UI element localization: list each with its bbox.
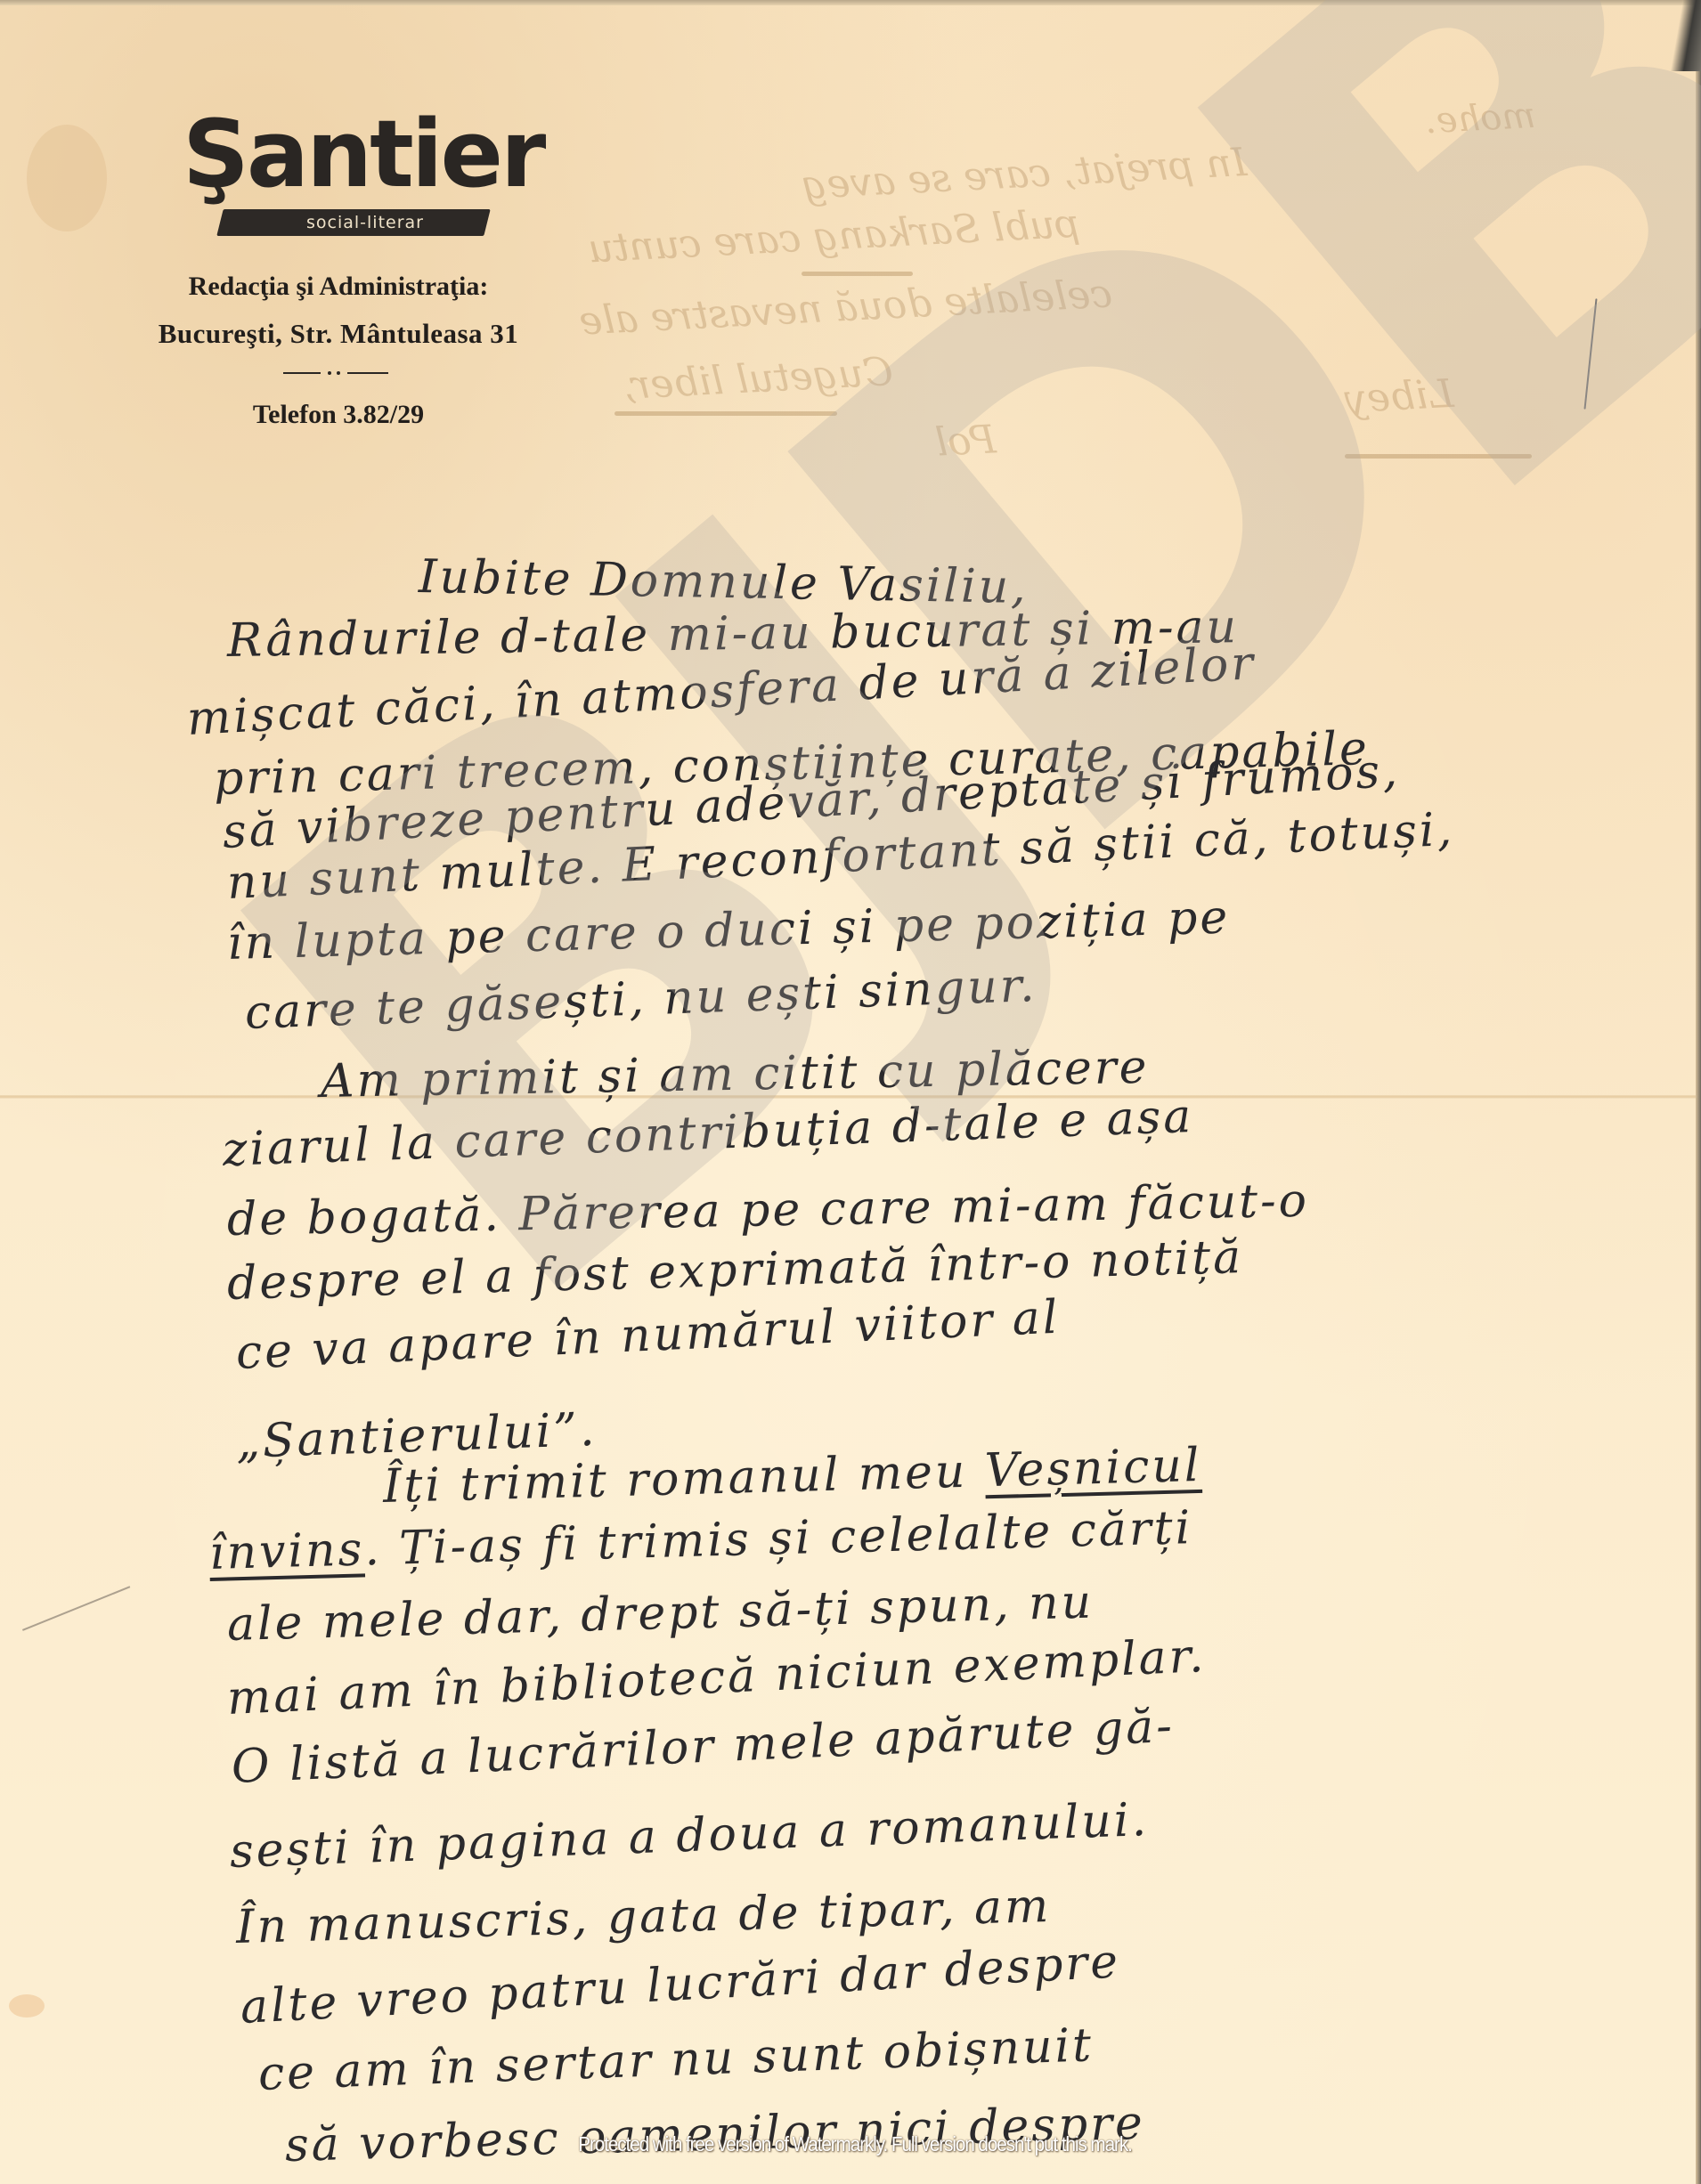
letterhead-address: Bucureşti, Str. Mântuleasa 31 — [98, 318, 579, 350]
letter-line: ce am în sertar nu sunt obișnuit — [257, 2018, 1095, 2101]
watermark-notice: Protected with free version of Watermark… — [470, 2132, 1240, 2156]
santier-logo: Şantier social-literar — [183, 105, 503, 248]
book-title-underlined: învins — [208, 1522, 365, 1580]
paper-stain — [9, 1994, 45, 2018]
letter-line: În manuscris, gata de tipar, am — [235, 1880, 1052, 1954]
letter-text: . Ți-aș fi trimis și celelalte cărți — [363, 1501, 1192, 1576]
letter-line: sești în pagina a doua a romanului. — [229, 1793, 1150, 1879]
logo-wordmark: Şantier — [183, 105, 543, 203]
letterhead-phone: Telefon 3.82/29 — [98, 400, 579, 430]
letter-page: mohe. In prejat, care se aveg publ Sarka… — [0, 0, 1701, 2184]
letterhead-office-label: Redacţia şi Administraţia: — [98, 272, 579, 302]
letter-line: învins. Ți-aș fi trimis și celelalte căr… — [208, 1501, 1193, 1580]
logo-tagline: social-literar — [267, 209, 463, 236]
book-title-underlined: Veșnicul — [984, 1439, 1202, 1498]
letterhead-separator — [283, 372, 388, 376]
stray-pen-mark — [22, 1586, 130, 1631]
paper-stain — [27, 125, 107, 231]
